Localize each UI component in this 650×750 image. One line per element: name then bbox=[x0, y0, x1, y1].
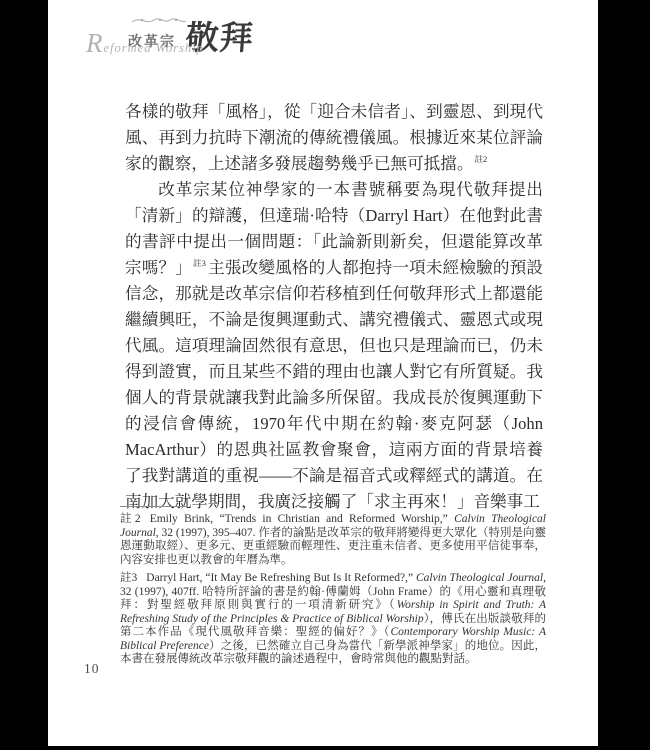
footnote-ref-2: 註2 bbox=[474, 154, 487, 164]
footnote-3-text-a: Darryl Hart, “It May Be Refreshing But I… bbox=[146, 572, 416, 584]
book-page: 改革宗 敬拜 Reformed Worship 各樣的敬拜「風格」，從「迎合未信… bbox=[48, 0, 598, 746]
page-number: 10 bbox=[84, 661, 100, 677]
footnote-2-text-b: , 32 (1997), 395–407. 作者的論點是改革宗的敬拜將變得更大眾… bbox=[120, 527, 546, 566]
footnote-2-label: 註2 bbox=[120, 513, 141, 525]
footnote-3-journal: Calvin Theological Journal bbox=[416, 572, 543, 584]
paragraph-2-text-b: 主張改變風格的人都抱持一項未經檢驗的預設信念，那就是改革宗信仰若移植到任何敬拜形… bbox=[125, 258, 543, 511]
paragraph-2: 改革宗某位神學家的一本書號稱要為現代敬拜提出「清新」的辯護，但達瑞·哈特（Dar… bbox=[125, 177, 543, 515]
flourish-ornament-icon bbox=[130, 16, 188, 26]
footnote-ref-3: 註3 bbox=[193, 258, 206, 268]
footnote-2: 註2Emily Brink, “Trends in Christian and … bbox=[120, 513, 546, 567]
logo-english-subtitle: Reformed Worship bbox=[86, 38, 286, 56]
footnote-3: 註3Darryl Hart, “It May Be Refreshing But… bbox=[120, 572, 546, 667]
footnotes-block: 註2Emily Brink, “Trends in Christian and … bbox=[120, 513, 546, 672]
footnote-2-text-a: Emily Brink, “Trends in Christian and Re… bbox=[150, 513, 454, 525]
footnote-separator bbox=[120, 506, 186, 507]
paragraph-1: 各樣的敬拜「風格」，從「迎合未信者」、到靈恩、到現代風、再到力抗時下潮流的傳統禮… bbox=[125, 99, 543, 177]
footnote-3-label: 註3 bbox=[120, 572, 137, 584]
scan-background: 改革宗 敬拜 Reformed Worship 各樣的敬拜「風格」，從「迎合未信… bbox=[0, 0, 650, 750]
book-logo: 改革宗 敬拜 Reformed Worship bbox=[84, 10, 284, 68]
body-text: 各樣的敬拜「風格」，從「迎合未信者」、到靈恩、到現代風、再到力抗時下潮流的傳統禮… bbox=[125, 99, 543, 515]
